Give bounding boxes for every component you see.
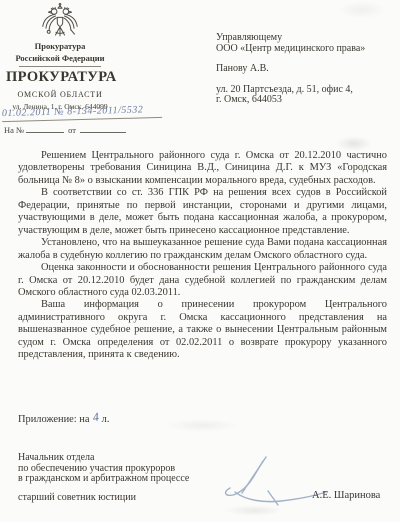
signoff-position: Начальник отдела по обеспечению участия …: [18, 453, 189, 485]
scan-smudge: [336, 136, 372, 151]
outgoing-ref-handwritten: 01.02.2011 № 8-134-2011/5532: [2, 104, 162, 122]
org-region: ОМСКОЙ ОБЛАСТИ: [6, 90, 114, 99]
incoming-date-blank: [80, 124, 126, 133]
body-paragraph: Установлено, что на вышеуказанное решени…: [18, 237, 387, 262]
double-headed-eagle-icon: [40, 2, 80, 40]
letterhead: Прокуратура Российской Федерации ПРОКУРА…: [6, 2, 114, 111]
signoff-position-line3: в гражданском и арбитражном процессе: [18, 474, 189, 485]
body-paragraph: Решением Центрального районного суда г. …: [18, 150, 387, 187]
incoming-no-blank: [26, 124, 64, 133]
attachment-line: Приложение: на 4 л.: [18, 411, 109, 426]
scan-smudge: [166, 419, 238, 432]
incoming-no-label: На №: [4, 125, 24, 135]
attachment-label: Приложение: на: [18, 414, 89, 425]
attachment-unit: л.: [102, 414, 110, 425]
signer-name: А.Е. Шаринова: [312, 490, 380, 501]
body-paragraph: Оценка законности и обоснованности решен…: [18, 262, 387, 299]
org-name-small-line1: Прокуратура: [6, 42, 114, 52]
addressee-address-line2: г. Омск, 644053: [216, 95, 394, 106]
addressee-organization: ООО «Центр медицинского права»: [216, 44, 394, 55]
org-name-small-line2: Российской Федерации: [6, 54, 114, 64]
addressee-name: Панову А.В.: [216, 64, 394, 75]
scan-smudge: [338, 1, 386, 19]
scanned-letter-page: Прокуратура Российской Федерации ПРОКУРА…: [0, 0, 400, 522]
letter-body: Решением Центрального районного суда г. …: [18, 150, 387, 362]
org-name-large: ПРОКУРАТУРА: [6, 69, 114, 86]
incoming-ref-line: На №от: [4, 124, 126, 135]
signoff-position-line1: Начальник отдела: [18, 453, 189, 464]
letterhead-divider: [19, 66, 101, 67]
attachment-count-handwritten: 4: [92, 410, 99, 426]
body-paragraph: Ваша информация о принесении прокурором …: [18, 299, 387, 361]
addressee-block: Управляющему ООО «Центр медицинского пра…: [216, 33, 394, 106]
signoff-rank: старший советник юстиции: [18, 492, 136, 503]
incoming-from-label: от: [68, 125, 76, 135]
addressee-position: Управляющему: [216, 33, 394, 44]
body-paragraph: В соответствии со ст. 336 ГПК РФ на реше…: [18, 187, 387, 237]
